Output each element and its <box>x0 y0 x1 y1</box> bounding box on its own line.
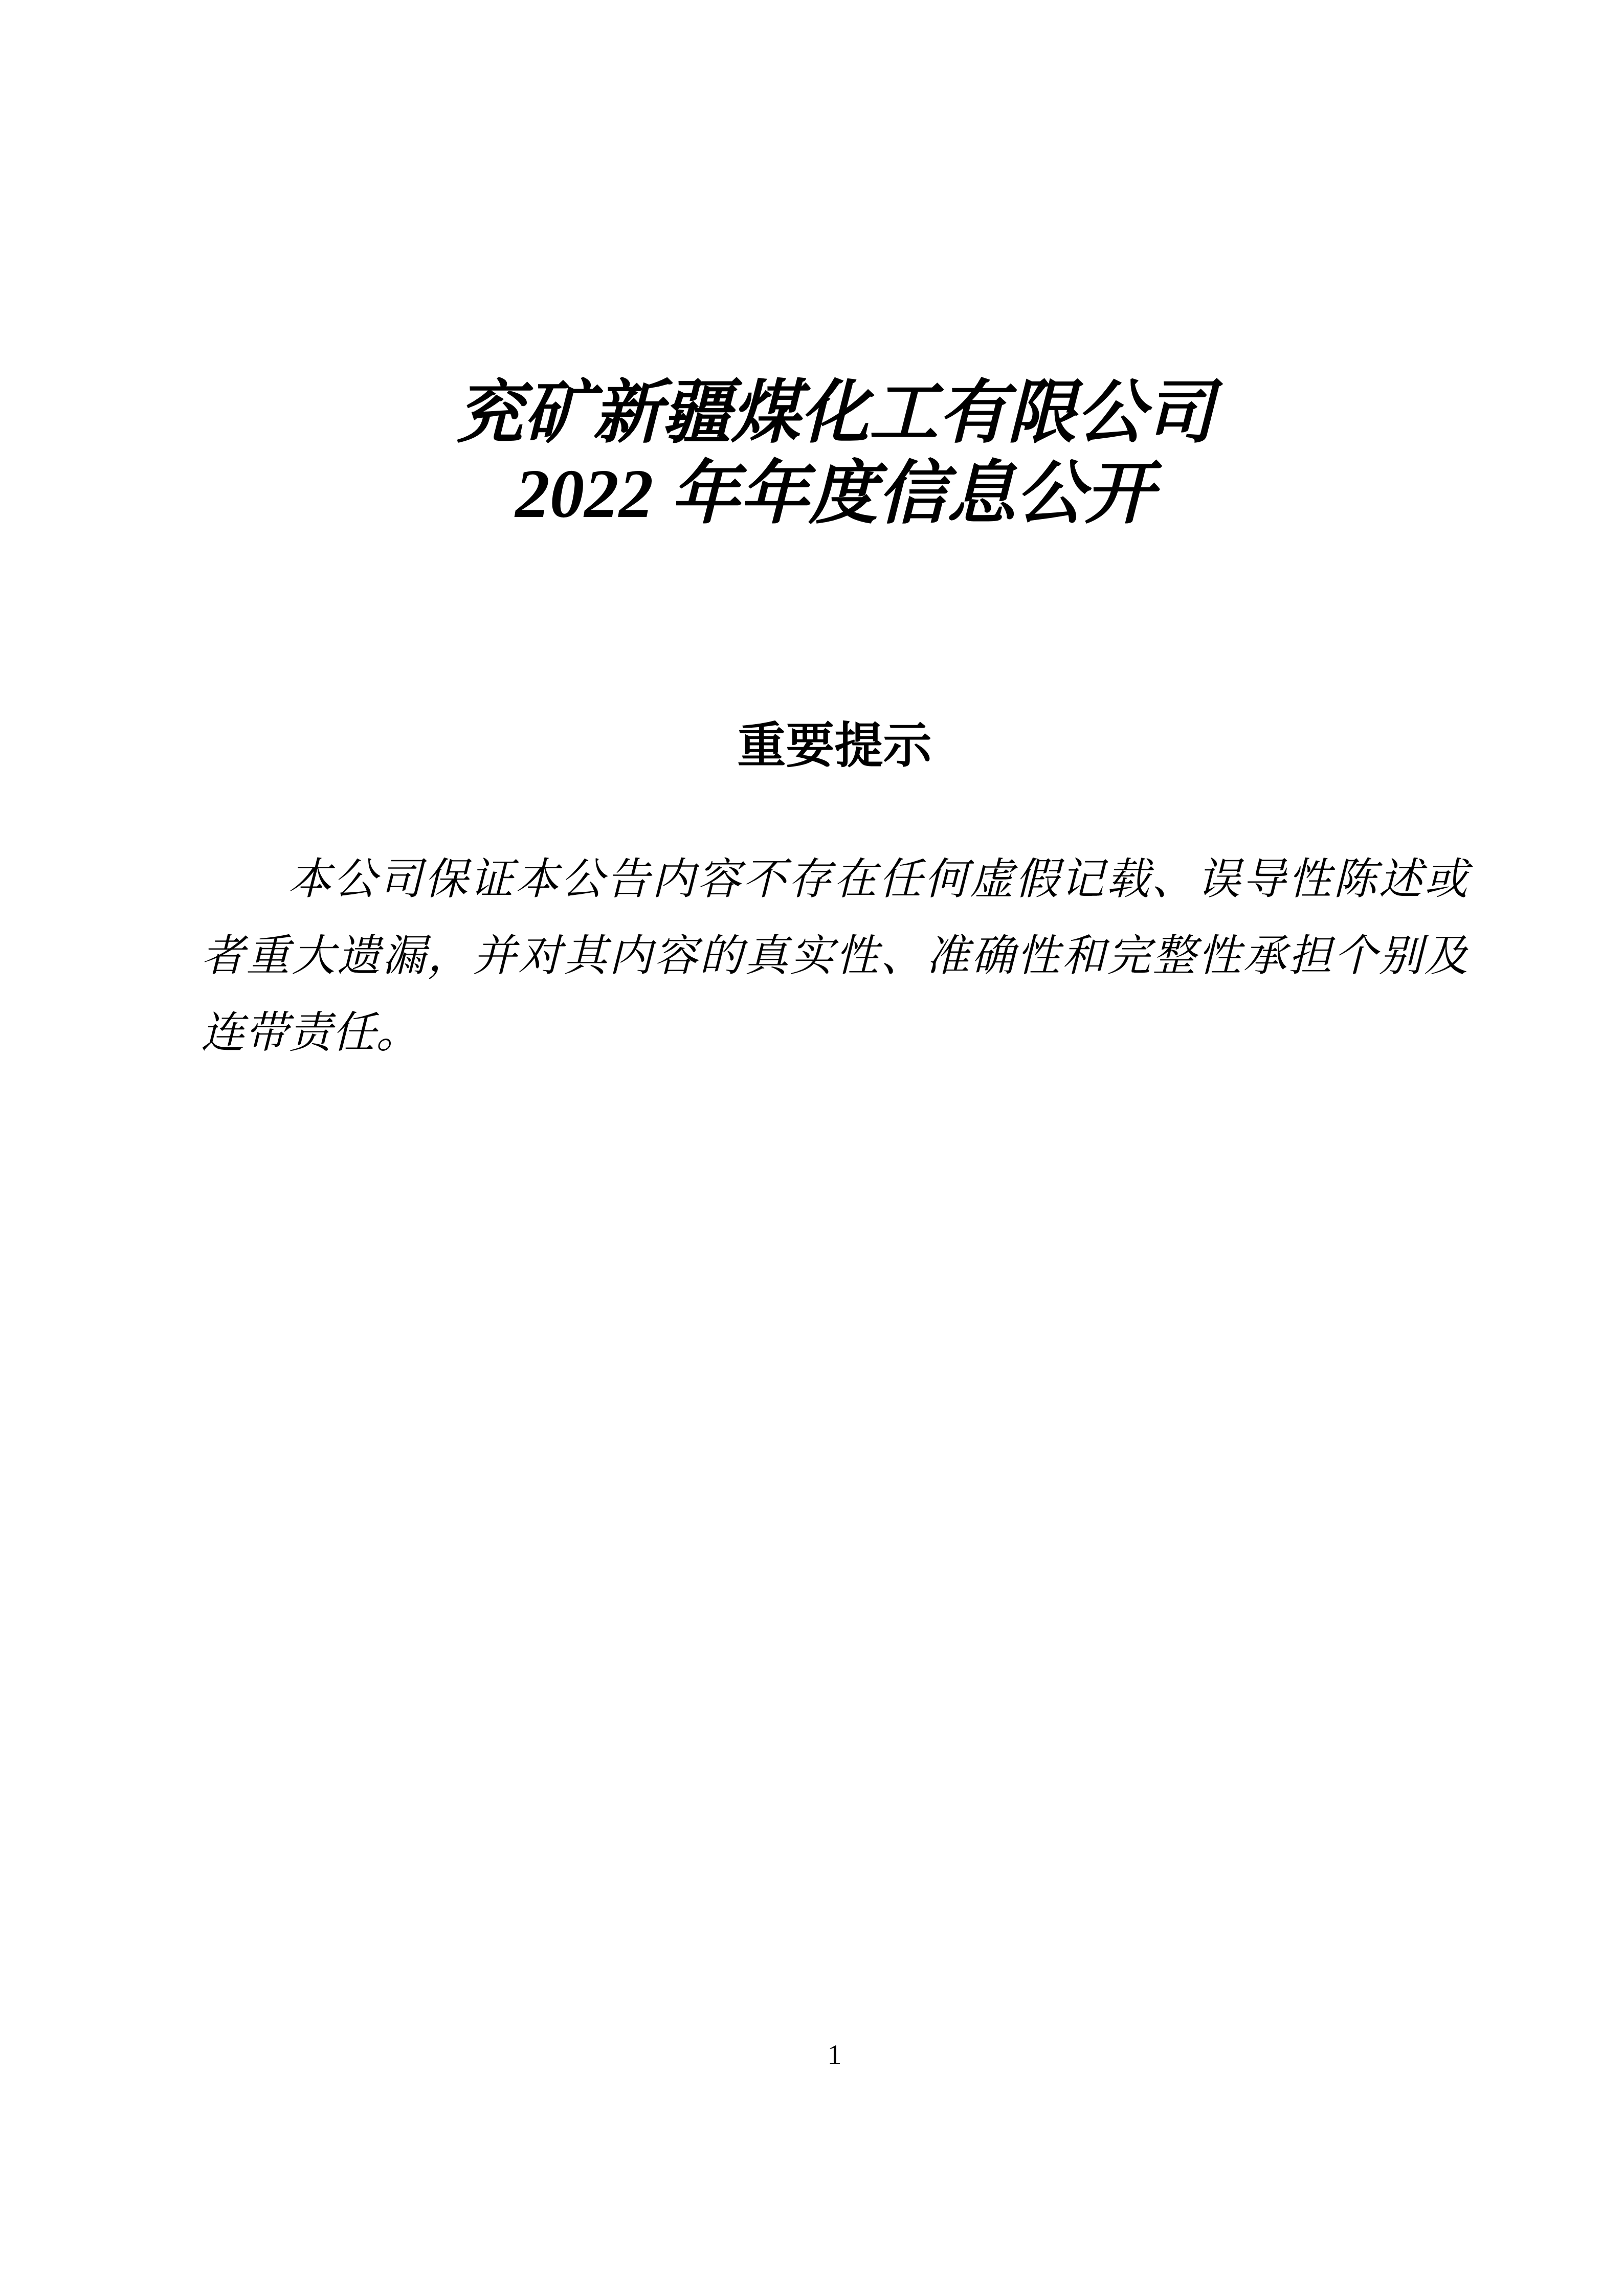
title-line-company-name: 兖矿新疆煤化工有限公司 <box>201 373 1468 454</box>
title-line-report-name: 2022 年年度信息公开 <box>201 454 1468 535</box>
document-title: 兖矿新疆煤化工有限公司 2022 年年度信息公开 <box>201 373 1468 535</box>
section-heading-important-notice: 重要提示 <box>201 717 1468 775</box>
disclaimer-paragraph: 本公司保证本公告内容不存在任何虚假记载、误导性陈述或者重大遗漏，并对其内容的真实… <box>201 841 1468 1071</box>
document-page: 兖矿新疆煤化工有限公司 2022 年年度信息公开 重要提示 本公司保证本公告内容… <box>0 0 1624 2296</box>
page-number: 1 <box>201 2039 1468 2070</box>
